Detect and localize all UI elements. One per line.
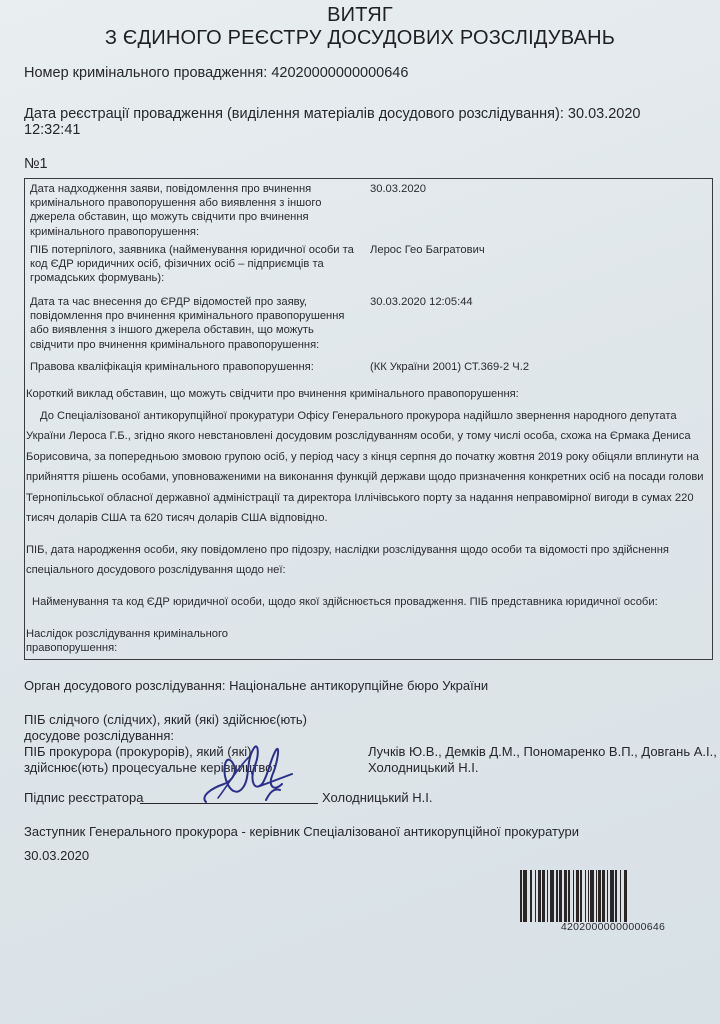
summary-label: Короткий виклад обставин, що можуть свід… [26,384,710,404]
investigative-body: Орган досудового розслідування: Націонал… [24,678,488,693]
document-title: ВИТЯГ [0,4,720,27]
row-label-entry-datetime: Дата та час внесення до ЄРДР відомостей … [30,295,360,352]
investigators-label: ПІБ слідчого (слідчих), який (які) здійс… [24,712,364,743]
row-value-complainant: Лерос Гео Багратович [370,243,485,257]
prosecutors-value-1: Лучків Ю.В., Демків Д.М., Пономаренко В.… [368,744,717,759]
row-label-legal-qualification: Правова кваліфікація кримінального право… [30,360,360,374]
registrar-label: Підпис реєстратора [24,790,143,805]
signature-icon [196,740,296,810]
row-value-legal-qualification: (КК України 2001) СТ.369-2 Ч.2 [370,360,529,374]
row-value-receipt-date: 30.03.2020 [370,182,426,196]
case-number: Номер кримінального провадження: 4202000… [24,65,408,81]
barcode-number: 42020000000000646 [520,921,706,933]
outcome-label: Наслідок розслідування кримінального пра… [26,628,236,655]
document-page: ВИТЯГ З ЄДИНОГО РЕЄСТРУ ДОСУДОВИХ РОЗСЛІ… [0,0,720,1024]
registration-date: Дата реєстрації провадження (виділення м… [24,106,640,122]
barcode-icon [520,870,706,922]
legal-entity-label: Найменування та код ЄДР юридичної особи,… [26,592,710,612]
position-title: Заступник Генерального прокурора - керів… [24,824,579,839]
row-label-receipt-date: Дата надходження заяви, повідомлення про… [30,182,360,239]
registration-time: 12:32:41 [24,122,80,138]
row-value-entry-datetime: 30.03.2020 12:05:44 [370,295,473,309]
summary-text: До Спеціалізованої антикорупційної проку… [26,406,710,528]
suspect-label: ПІБ, дата народження особи, яку повідомл… [26,540,710,581]
entry-number: №1 [24,156,48,172]
row-label-complainant: ПІБ потерпілого, заявника (найменування … [30,243,360,286]
document-date: 30.03.2020 [24,848,89,863]
registrar-name: Холодницький Н.І. [322,790,432,805]
prosecutors-value-2: Холодницький Н.І. [368,760,478,775]
document-subtitle: З ЄДИНОГО РЕЄСТРУ ДОСУДОВИХ РОЗСЛІДУВАНЬ [0,27,720,50]
